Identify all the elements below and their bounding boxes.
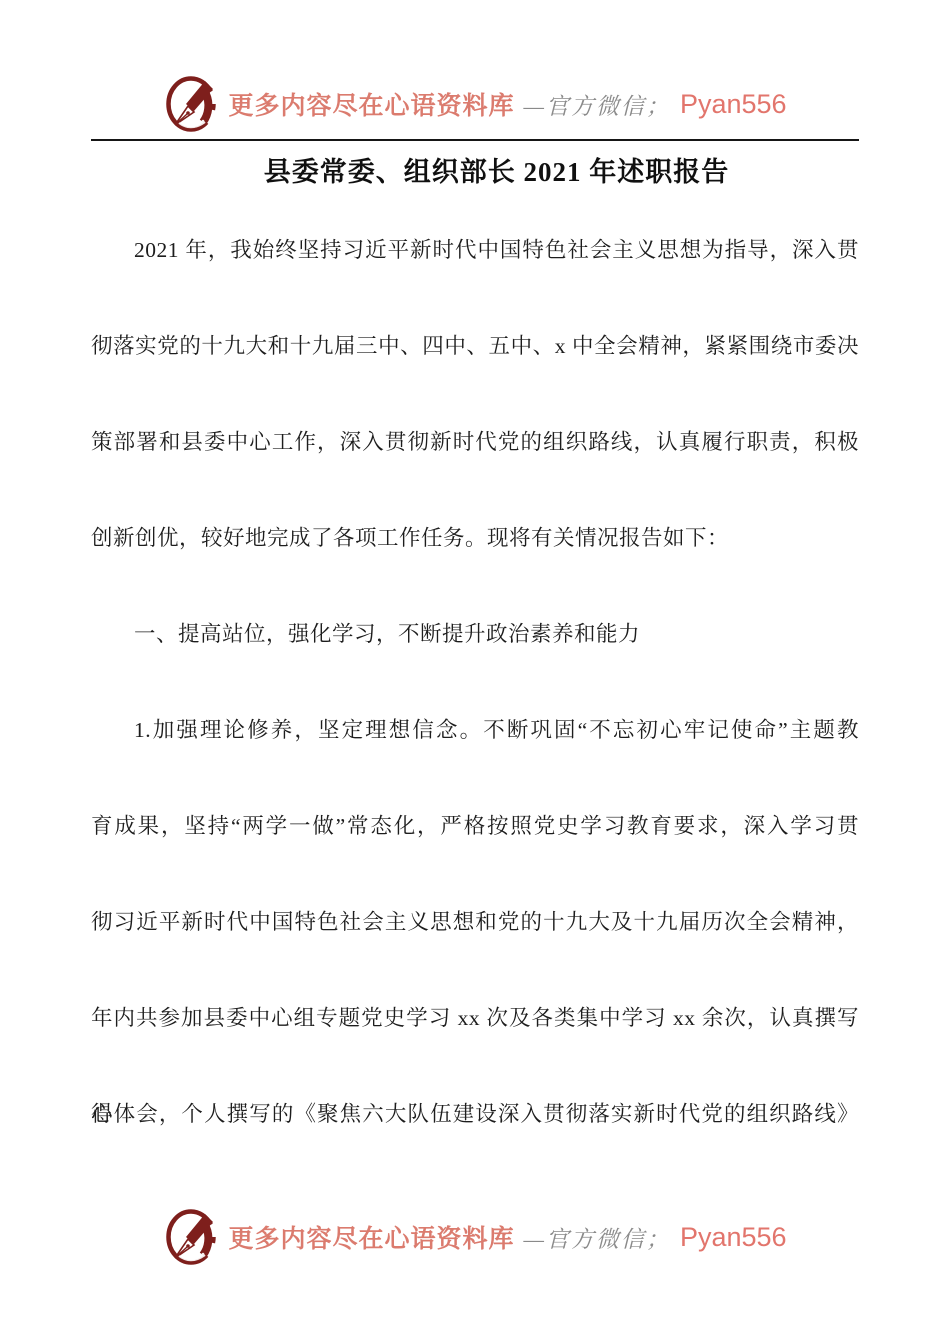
body-line: 策部署和县委中心工作，深入贯彻新时代党的组织路线，认真履行职责，积极 xyxy=(91,394,859,490)
pen-nib-seal-logo-icon xyxy=(163,1207,219,1267)
pen-nib-seal-logo-icon xyxy=(163,74,219,134)
brand-wechat-label: —官方微信； xyxy=(523,1221,670,1254)
page-footer: 更多内容尽在心语资料库—官方微信；Pyan556 xyxy=(0,1205,950,1269)
brand-wechat-id: Pyan556 xyxy=(680,1222,787,1253)
body-line: 育成果，坚持“两学一做”常态化，严格按照党史学习教育要求，深入学习贯 xyxy=(91,778,859,874)
body-line: 得体会，个人撰写的《聚焦六大队伍建设深入贯彻落实新时代党的组织路线》 xyxy=(91,1066,859,1162)
document-body: 2021 年，我始终坚持习近平新时代中国特色社会主义思想为指导，深入贯彻落实党的… xyxy=(91,202,859,1162)
body-line: 一、提高站位，强化学习，不断提升政治素养和能力 xyxy=(91,586,859,682)
body-line: 2021 年，我始终坚持习近平新时代中国特色社会主义思想为指导，深入贯 xyxy=(91,202,859,298)
brand-site-text: 更多内容尽在心语资料库 xyxy=(228,1219,514,1255)
body-line: 创新创优，较好地完成了各项工作任务。现将有关情况报告如下： xyxy=(91,490,859,586)
document-page: 更多内容尽在心语资料库—官方微信；Pyan556 县委常委、组织部长 2021 … xyxy=(0,0,950,1344)
brand-site-text: 更多内容尽在心语资料库 xyxy=(228,86,514,122)
document-title: 县委常委、组织部长 2021 年述职报告 xyxy=(91,150,859,189)
brand-wechat-id: Pyan556 xyxy=(680,89,787,120)
brand-wechat-label: —官方微信； xyxy=(523,88,670,121)
body-line: 彻习近平新时代中国特色社会主义思想和党的十九大及十九届历次全会精神， xyxy=(91,874,859,970)
body-line: 年内共参加县委中心组专题党史学习 xx 次及各类集中学习 xx 余次，认真撰写心 xyxy=(91,970,859,1066)
page-header: 更多内容尽在心语资料库—官方微信；Pyan556 xyxy=(0,72,950,136)
body-line: 1.加强理论修养，坚定理想信念。不断巩固“不忘初心牢记使命”主题教 xyxy=(91,682,859,778)
body-line: 彻落实党的十九大和十九届三中、四中、五中、x 中全会精神，紧紧围绕市委决 xyxy=(91,298,859,394)
header-divider xyxy=(91,139,859,141)
